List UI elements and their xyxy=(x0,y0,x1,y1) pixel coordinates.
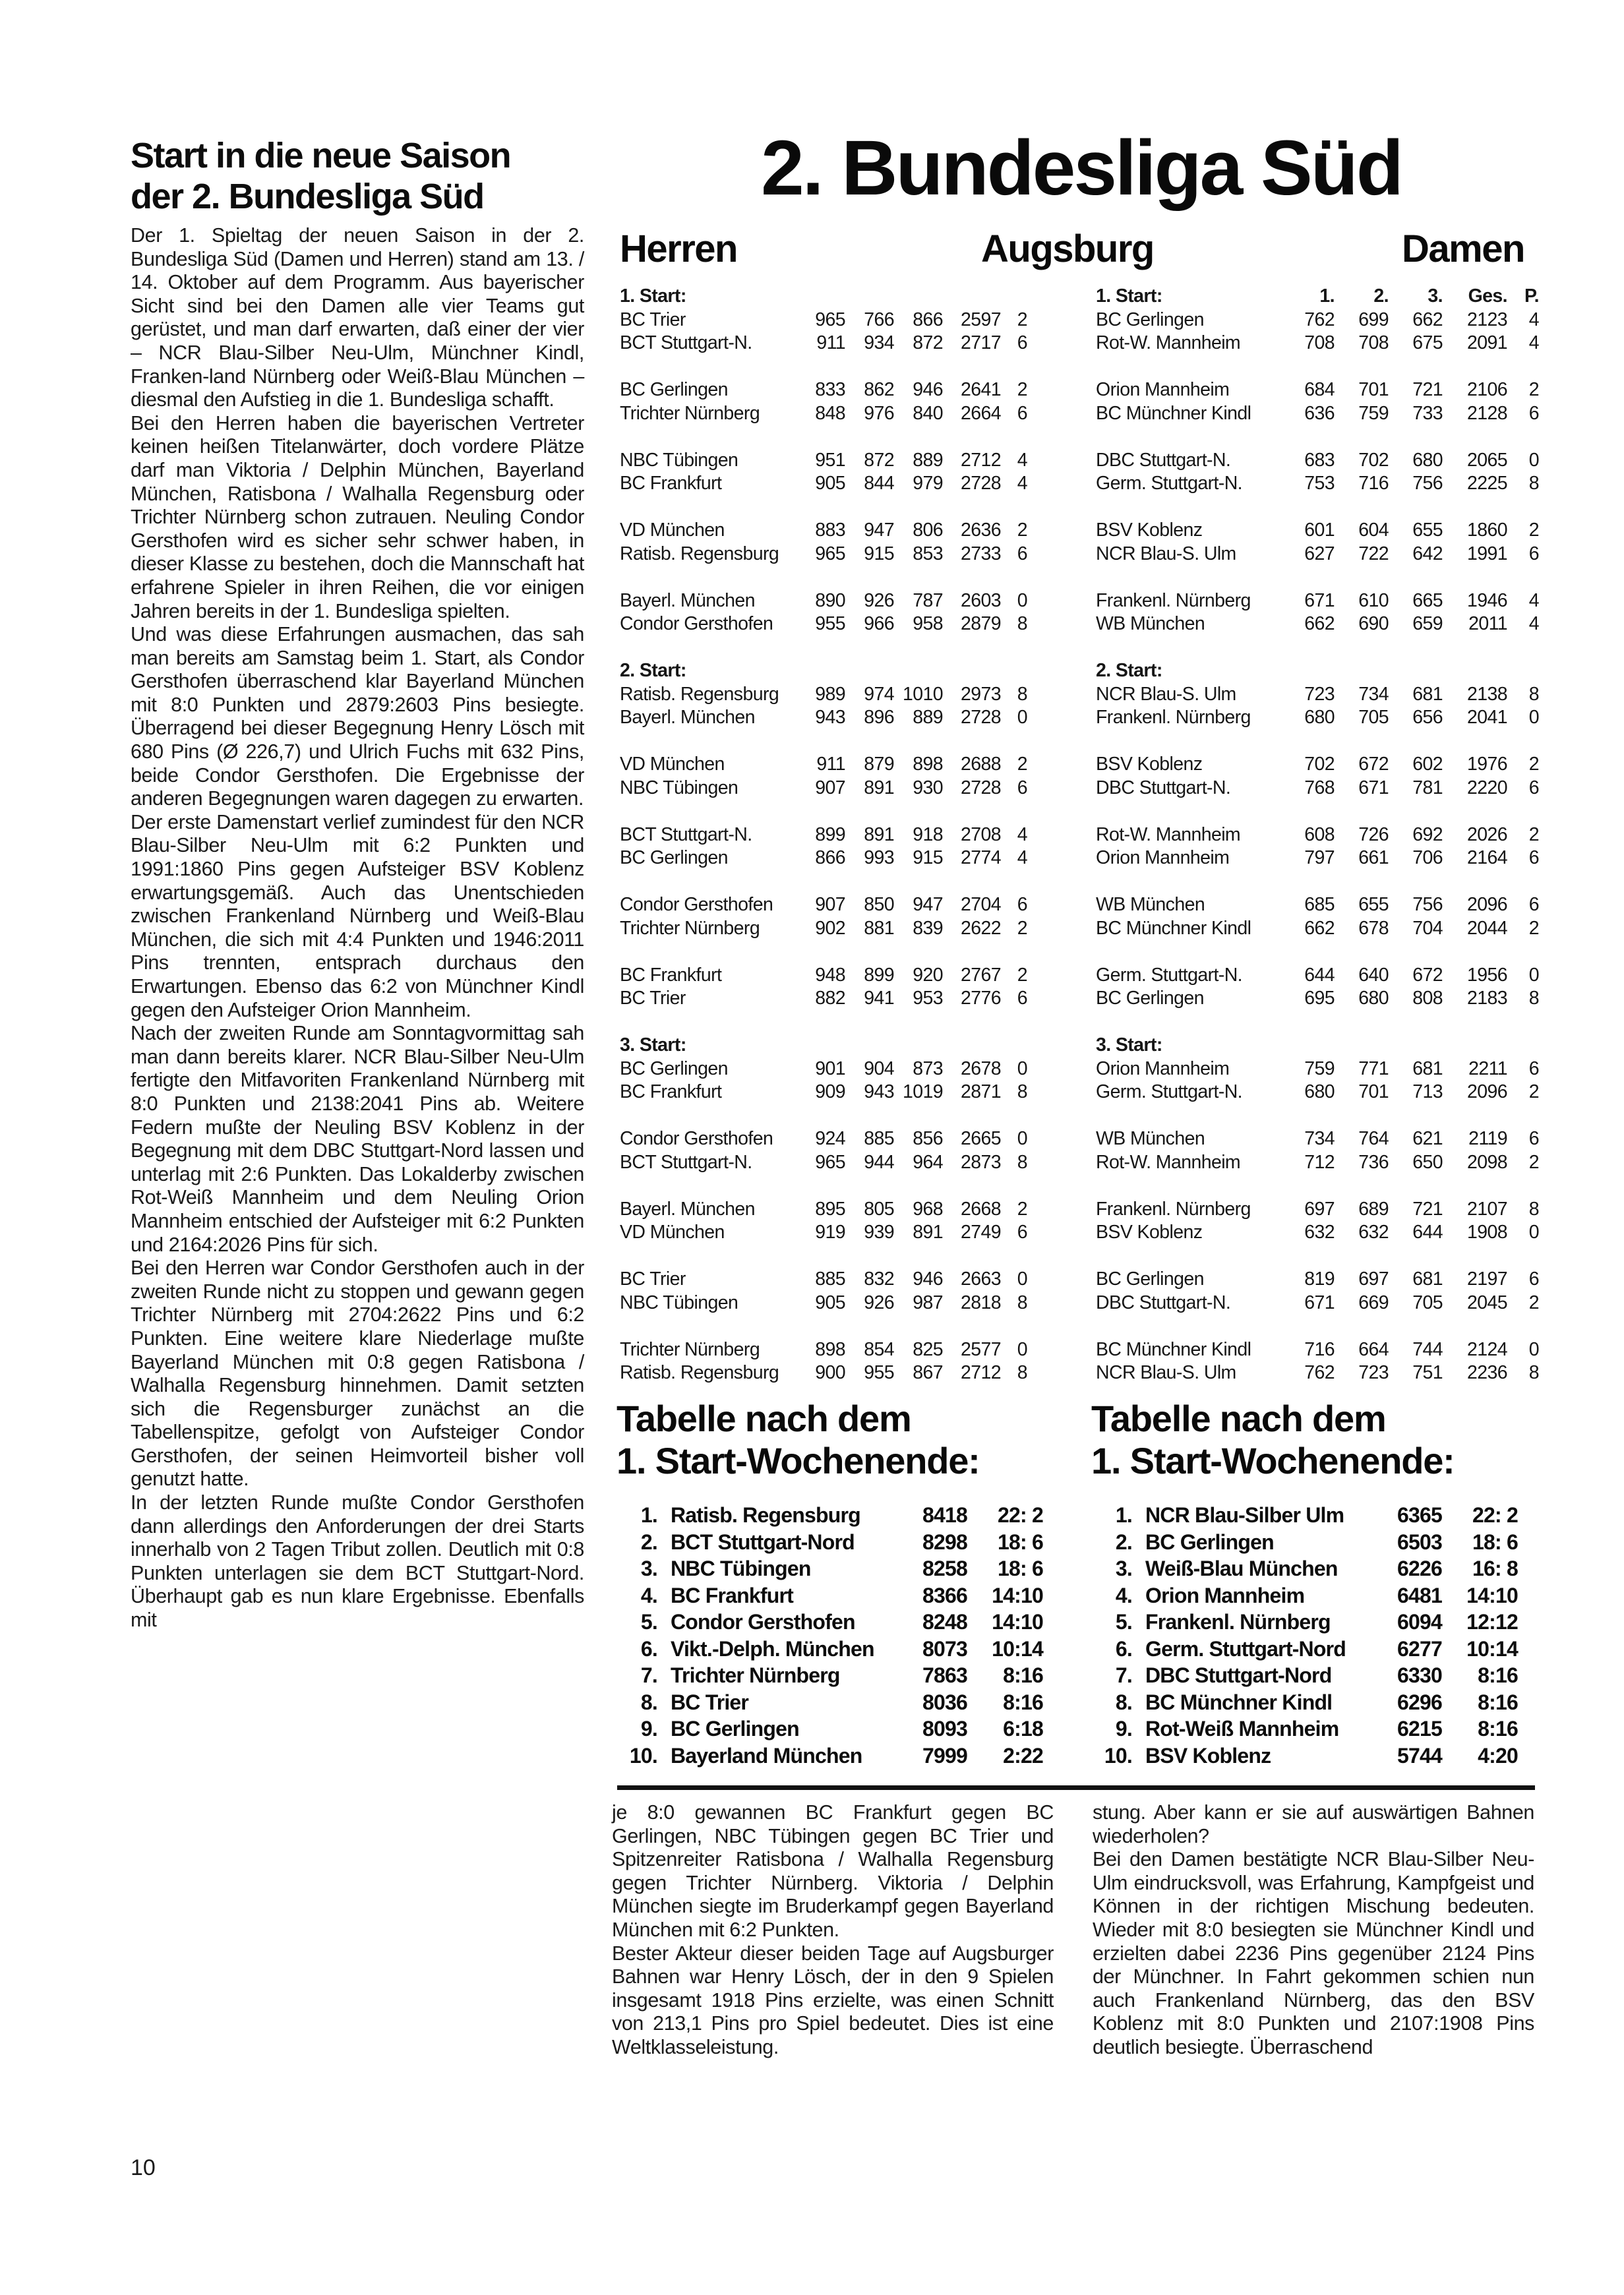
team-name: BC Gerlingen xyxy=(1145,1529,1383,1556)
rank: 1. xyxy=(617,1502,671,1529)
article-paragraph: je 8:0 gewannen BC Frankfurt gegen BC Ge… xyxy=(612,1801,1054,1942)
total-pins: 8036 xyxy=(908,1689,967,1716)
standings-title-line-2: 1. Start-Wochenende: xyxy=(617,1440,1078,1482)
score-cell: 891 xyxy=(894,1221,943,1245)
score-cell: 701 xyxy=(1335,378,1389,402)
rank: 8. xyxy=(617,1689,671,1716)
score-cell: 907 xyxy=(804,777,845,800)
score-cell: 850 xyxy=(845,893,894,917)
team-name: NCR Blau-S. Ulm xyxy=(1096,1361,1294,1385)
score-cell: 1976 xyxy=(1443,753,1507,777)
points: 8:16 xyxy=(967,1689,1043,1716)
score-cell: 946 xyxy=(894,378,943,402)
score-cell: 733 xyxy=(1389,402,1443,426)
result-row: NBC Tübingen90592698728188 xyxy=(620,1292,1029,1315)
score-cell: 705 xyxy=(1389,1292,1443,1315)
score-cell: 756 xyxy=(1389,472,1443,496)
start-header-row: 1. Start:1.2.3.Ges.P. xyxy=(1096,285,1539,309)
score-cell: 895 xyxy=(804,1198,845,1222)
score-cell: 6 xyxy=(1507,777,1539,800)
score-cell: 2 xyxy=(1001,917,1027,941)
team-name: Rot-Weiß Mannheim xyxy=(1145,1715,1383,1743)
score-cell: 934 xyxy=(845,332,894,355)
team-name: BCT Stuttgart-N. xyxy=(620,1151,804,1175)
match-spacer xyxy=(1096,730,1539,754)
score-cell: 909 xyxy=(804,1081,845,1104)
score-cell: 680 xyxy=(1335,987,1389,1011)
score-cell: 2197 xyxy=(1443,1268,1507,1292)
score-cell: 2044 xyxy=(1443,917,1507,941)
start-header-row: 2. Start: xyxy=(1096,659,1539,683)
score-cell: 690 xyxy=(1335,612,1389,636)
score-cell: 4 xyxy=(1507,332,1539,355)
score-cell: 2 xyxy=(1001,519,1027,543)
match-spacer xyxy=(1096,355,1539,379)
result-row: BCT Stuttgart-N.96594496428738 xyxy=(620,1151,1029,1175)
score-cell: 2225 xyxy=(1443,472,1507,496)
score-cell: 699 xyxy=(1335,309,1389,332)
standings-row: 6.Vikt.-Delph. München807310:14 xyxy=(617,1636,1078,1663)
score-cell: 2603 xyxy=(943,589,1001,613)
team-name: BC Frankfurt xyxy=(620,1081,804,1104)
score-cell: 6 xyxy=(1001,402,1027,426)
points: 4:20 xyxy=(1442,1743,1518,1770)
score-cell: 692 xyxy=(1389,823,1443,847)
score-cell: 2728 xyxy=(943,472,1001,496)
team-name: BC Trier xyxy=(620,1268,804,1292)
standings-title-line-2: 1. Start-Wochenende: xyxy=(1091,1440,1553,1482)
score-cell: 2 xyxy=(1507,823,1539,847)
section-location-heading: Augsburg xyxy=(981,227,1154,271)
score-cell: 704 xyxy=(1389,917,1443,941)
score-cell: 621 xyxy=(1389,1127,1443,1151)
score-cell: 926 xyxy=(845,1292,894,1315)
score-cell: 2663 xyxy=(943,1268,1001,1292)
score-cell: 6 xyxy=(1507,893,1539,917)
score-cell: 6 xyxy=(1001,332,1027,355)
column-header: 2. xyxy=(1335,285,1389,309)
score-cell: 632 xyxy=(1294,1221,1335,1245)
total-pins: 8093 xyxy=(908,1715,967,1743)
match-spacer xyxy=(620,800,1029,823)
score-cell: 939 xyxy=(845,1221,894,1245)
rank: 4. xyxy=(617,1582,671,1609)
score-cell: 891 xyxy=(845,777,894,800)
score-cell: 905 xyxy=(804,472,845,496)
score-cell: 734 xyxy=(1294,1127,1335,1151)
score-cell: 721 xyxy=(1389,378,1443,402)
score-cell: 759 xyxy=(1335,402,1389,426)
article-headline: Start in die neue Saison der 2. Bundesli… xyxy=(131,135,586,217)
match-spacer xyxy=(1096,800,1539,823)
score-cell: 697 xyxy=(1335,1268,1389,1292)
team-name: Ratisb. Regensburg xyxy=(620,683,804,707)
score-cell: 2045 xyxy=(1443,1292,1507,1315)
standings-row: 1.Ratisb. Regensburg841822: 2 xyxy=(617,1502,1078,1529)
score-cell: 722 xyxy=(1335,543,1389,566)
score-cell: 2011 xyxy=(1443,612,1507,636)
team-name: NBC Tübingen xyxy=(620,449,804,473)
score-cell: 901 xyxy=(804,1058,845,1081)
total-pins: 8418 xyxy=(908,1502,967,1529)
score-cell: 2236 xyxy=(1443,1361,1507,1385)
score-cell: 756 xyxy=(1389,893,1443,917)
team-name: Rot-W. Mannheim xyxy=(1096,823,1294,847)
team-name: WB München xyxy=(1096,893,1294,917)
team-name: BC Münchner Kindl xyxy=(1096,917,1294,941)
horizontal-divider xyxy=(617,1785,1535,1790)
score-cell: 6 xyxy=(1507,1058,1539,1081)
damen-standings-title: Tabelle nach dem 1. Start-Wochenende: xyxy=(1091,1398,1553,1482)
team-name: Vikt.-Delph. München xyxy=(671,1636,908,1663)
result-row: Orion Mannheim79766170621646 xyxy=(1096,847,1539,870)
score-cell: 662 xyxy=(1389,309,1443,332)
score-cell: 915 xyxy=(894,847,943,870)
score-cell: 702 xyxy=(1294,753,1335,777)
score-cell: 2871 xyxy=(943,1081,1001,1104)
score-cell: 1946 xyxy=(1443,589,1507,613)
start-header-row: 1. Start: xyxy=(620,285,1029,309)
result-row: BC Frankfurt90584497927284 xyxy=(620,472,1029,496)
score-cell: 987 xyxy=(894,1292,943,1315)
standings-row: 7.Trichter Nürnberg78638:16 xyxy=(617,1662,1078,1689)
score-cell: 953 xyxy=(894,987,943,1011)
result-row: WB München68565575620966 xyxy=(1096,893,1539,917)
article-paragraph: Bei den Herren haben die bayerischen Ver… xyxy=(131,412,584,623)
score-cell: 2183 xyxy=(1443,987,1507,1011)
score-cell: 0 xyxy=(1001,1268,1027,1292)
score-cell: 955 xyxy=(845,1361,894,1385)
score-cell: 2107 xyxy=(1443,1198,1507,1222)
score-cell: 854 xyxy=(845,1338,894,1362)
team-name: Trichter Nürnberg xyxy=(620,917,804,941)
result-row: Rot-W. Mannheim60872669220262 xyxy=(1096,823,1539,847)
score-cell: 8 xyxy=(1001,1151,1027,1175)
score-cell: 8 xyxy=(1001,1292,1027,1315)
score-cell: 2879 xyxy=(943,612,1001,636)
score-cell: 656 xyxy=(1389,706,1443,730)
score-cell: 787 xyxy=(894,589,943,613)
points: 8:16 xyxy=(1442,1662,1518,1689)
score-cell: 655 xyxy=(1335,893,1389,917)
team-name: Ratisb. Regensburg xyxy=(620,1361,804,1385)
score-cell: 4 xyxy=(1001,823,1027,847)
score-cell: 2678 xyxy=(943,1058,1001,1081)
score-cell: 911 xyxy=(804,332,845,355)
score-cell: 924 xyxy=(804,1127,845,1151)
article-paragraph: Bei den Damen bestätigte NCR Blau-Silber… xyxy=(1093,1848,1534,2059)
result-row: Trichter Nürnberg90288183926222 xyxy=(620,917,1029,941)
score-cell: 2774 xyxy=(943,847,1001,870)
score-cell: 862 xyxy=(845,378,894,402)
team-name: BC Trier xyxy=(620,987,804,1011)
result-row: Germ. Stuttgart-N.75371675622258 xyxy=(1096,472,1539,496)
score-cell: 866 xyxy=(804,847,845,870)
standings-row: 9.BC Gerlingen80936:18 xyxy=(617,1715,1078,1743)
score-cell: 965 xyxy=(804,1151,845,1175)
score-cell: 683 xyxy=(1294,449,1335,473)
standings-row: 3.NBC Tübingen825818: 6 xyxy=(617,1555,1078,1582)
total-pins: 8248 xyxy=(908,1609,967,1636)
total-pins: 8298 xyxy=(908,1529,967,1556)
score-cell: 2622 xyxy=(943,917,1001,941)
score-cell: 705 xyxy=(1335,706,1389,730)
column-header: 1. xyxy=(1294,285,1335,309)
score-cell: 713 xyxy=(1389,1081,1443,1104)
score-cell: 943 xyxy=(804,706,845,730)
points: 14:10 xyxy=(967,1609,1043,1636)
result-row: Bayerl. München89092678726030 xyxy=(620,589,1029,613)
score-cell: 671 xyxy=(1294,1292,1335,1315)
team-name: BCT Stuttgart-Nord xyxy=(671,1529,908,1556)
score-cell: 712 xyxy=(1294,1151,1335,1175)
score-cell: 966 xyxy=(845,612,894,636)
score-cell: 2 xyxy=(1507,753,1539,777)
article-paragraph: stung. Aber kann er sie auf auswärtigen … xyxy=(1093,1801,1534,1848)
score-cell: 678 xyxy=(1335,917,1389,941)
team-name: Orion Mannheim xyxy=(1096,847,1294,870)
score-cell: 2096 xyxy=(1443,1081,1507,1104)
score-cell: 4 xyxy=(1507,612,1539,636)
damen-standings: Tabelle nach dem 1. Start-Wochenende: 1.… xyxy=(1091,1398,1553,1769)
points: 8:16 xyxy=(1442,1689,1518,1716)
score-cell: 701 xyxy=(1335,1081,1389,1104)
match-spacer xyxy=(1096,940,1539,964)
score-cell: 979 xyxy=(894,472,943,496)
score-cell: 879 xyxy=(845,753,894,777)
section-herren-heading: Herren xyxy=(620,227,737,271)
points: 16: 8 xyxy=(1442,1555,1518,1582)
match-spacer xyxy=(620,870,1029,894)
score-cell: 832 xyxy=(845,1268,894,1292)
points: 18: 6 xyxy=(967,1555,1043,1582)
team-name: Frankenl. Nürnberg xyxy=(1096,1198,1294,1222)
score-cell: 2728 xyxy=(943,706,1001,730)
team-name: Frankenl. Nürnberg xyxy=(1096,706,1294,730)
score-cell: 662 xyxy=(1294,917,1335,941)
result-row: BCT Stuttgart-N.91193487227176 xyxy=(620,332,1029,355)
points: 6:18 xyxy=(967,1715,1043,1743)
score-cell: 0 xyxy=(1507,706,1539,730)
column-header: P. xyxy=(1507,285,1539,309)
score-cell: 6 xyxy=(1507,1268,1539,1292)
score-cell: 627 xyxy=(1294,543,1335,566)
score-cell: 642 xyxy=(1389,543,1443,566)
total-pins: 7999 xyxy=(908,1743,967,1770)
score-cell: 797 xyxy=(1294,847,1335,870)
score-cell: 974 xyxy=(845,683,894,707)
result-row: VD München88394780626362 xyxy=(620,519,1029,543)
result-row: BC Gerlingen86699391527744 xyxy=(620,847,1029,870)
score-cell: 6 xyxy=(1001,543,1027,566)
result-row: NCR Blau-S. Ulm62772264219916 xyxy=(1096,543,1539,566)
score-cell: 659 xyxy=(1389,612,1443,636)
match-spacer xyxy=(1096,1174,1539,1198)
score-cell: 689 xyxy=(1335,1198,1389,1222)
start-label: 2. Start: xyxy=(1096,659,1294,683)
score-cell: 2128 xyxy=(1443,402,1507,426)
score-cell: 672 xyxy=(1335,753,1389,777)
points: 2:22 xyxy=(967,1743,1043,1770)
score-cell: 993 xyxy=(845,847,894,870)
result-row: Bayerl. München89580596826682 xyxy=(620,1198,1029,1222)
team-name: DBC Stuttgart-N. xyxy=(1096,1292,1294,1315)
standings-row: 7.DBC Stuttgart-Nord63308:16 xyxy=(1091,1662,1553,1689)
score-cell: 723 xyxy=(1294,683,1335,707)
points: 14:10 xyxy=(967,1582,1043,1609)
points: 10:14 xyxy=(1442,1636,1518,1663)
score-cell: 6 xyxy=(1001,987,1027,1011)
result-row: NBC Tübingen90789193027286 xyxy=(620,777,1029,800)
article-paragraph: In der letzten Runde mußte Condor Gersth… xyxy=(131,1491,584,1632)
score-cell: 6 xyxy=(1001,893,1027,917)
score-cell: 721 xyxy=(1389,1198,1443,1222)
result-row: Trichter Nürnberg89885482525770 xyxy=(620,1338,1029,1362)
team-name: BSV Koblenz xyxy=(1145,1743,1383,1770)
result-row: WB München73476462121196 xyxy=(1096,1127,1539,1151)
score-cell: 2712 xyxy=(943,1361,1001,1385)
score-cell: 899 xyxy=(804,823,845,847)
start-spacer xyxy=(1096,636,1539,660)
score-cell: 2 xyxy=(1001,964,1027,988)
start-header-row: 3. Start: xyxy=(620,1034,1029,1058)
score-cell: 661 xyxy=(1335,847,1389,870)
result-row: BC Gerlingen69568080821838 xyxy=(1096,987,1539,1011)
result-row: Ratisb. Regensburg90095586727128 xyxy=(620,1361,1029,1385)
total-pins: 6277 xyxy=(1383,1636,1442,1663)
score-cell: 708 xyxy=(1335,332,1389,355)
result-row: BCT Stuttgart-N.89989191827084 xyxy=(620,823,1029,847)
match-spacer xyxy=(1096,425,1539,449)
match-spacer xyxy=(620,730,1029,754)
score-cell: 2098 xyxy=(1443,1151,1507,1175)
total-pins: 6503 xyxy=(1383,1529,1442,1556)
result-row: BC Trier88583294626630 xyxy=(620,1268,1029,1292)
team-name: NCR Blau-S. Ulm xyxy=(1096,683,1294,707)
score-cell: 8 xyxy=(1507,1198,1539,1222)
score-cell: 604 xyxy=(1335,519,1389,543)
total-pins: 6296 xyxy=(1383,1689,1442,1716)
score-cell: 680 xyxy=(1294,1081,1335,1104)
article-right-column: stung. Aber kann er sie auf auswärtigen … xyxy=(1093,1801,1534,2060)
article-paragraph: Und was diese Erfahrungen ausmachen, das… xyxy=(131,623,584,811)
score-cell: 736 xyxy=(1335,1151,1389,1175)
score-cell: 2106 xyxy=(1443,378,1507,402)
result-row: Condor Gersthofen95596695828798 xyxy=(620,612,1029,636)
team-name: BCT Stuttgart-N. xyxy=(620,823,804,847)
score-cell: 2 xyxy=(1001,753,1027,777)
result-row: BC Frankfurt94889992027672 xyxy=(620,964,1029,988)
rank: 6. xyxy=(1091,1636,1145,1663)
team-name: NBC Tübingen xyxy=(620,1292,804,1315)
team-name: BC Frankfurt xyxy=(671,1582,908,1609)
standings-row: 1.NCR Blau-Silber Ulm636522: 2 xyxy=(1091,1502,1553,1529)
score-cell: 902 xyxy=(804,917,845,941)
team-name: NBC Tübingen xyxy=(620,777,804,800)
start-spacer xyxy=(620,636,1029,660)
score-cell: 2664 xyxy=(943,402,1001,426)
score-cell: 881 xyxy=(845,917,894,941)
rank: 8. xyxy=(1091,1689,1145,1716)
score-cell: 1019 xyxy=(894,1081,943,1104)
total-pins: 7863 xyxy=(908,1662,967,1689)
score-cell: 919 xyxy=(804,1221,845,1245)
result-row: WB München66269065920114 xyxy=(1096,612,1539,636)
score-cell: 890 xyxy=(804,589,845,613)
damen-results-table: 1. Start:1.2.3.Ges.P.BC Gerlingen7626996… xyxy=(1096,285,1539,1408)
team-name: VD München xyxy=(620,1221,804,1245)
score-cell: 833 xyxy=(804,378,845,402)
score-cell: 644 xyxy=(1294,964,1335,988)
team-name: BC Frankfurt xyxy=(620,964,804,988)
match-spacer xyxy=(620,1104,1029,1128)
score-cell: 2733 xyxy=(943,543,1001,566)
result-row: BC Trier96576686625972 xyxy=(620,309,1029,332)
score-cell: 958 xyxy=(894,612,943,636)
score-cell: 669 xyxy=(1335,1292,1389,1315)
match-spacer xyxy=(1096,496,1539,520)
rank: 7. xyxy=(617,1662,671,1689)
herren-standings-title: Tabelle nach dem 1. Start-Wochenende: xyxy=(617,1398,1078,1482)
standings-row: 8.BC Münchner Kindl62968:16 xyxy=(1091,1689,1553,1716)
page-number: 10 xyxy=(131,2155,156,2181)
team-name: BSV Koblenz xyxy=(1096,519,1294,543)
team-name: BC Gerlingen xyxy=(620,847,804,870)
team-name: NCR Blau-S. Ulm xyxy=(1096,543,1294,566)
score-cell: 681 xyxy=(1389,1268,1443,1292)
match-spacer xyxy=(620,496,1029,520)
score-cell: 8 xyxy=(1001,683,1027,707)
team-name: WB München xyxy=(1096,1127,1294,1151)
match-spacer xyxy=(620,425,1029,449)
result-row: BC Münchner Kindl66267870420442 xyxy=(1096,917,1539,941)
result-row: Bayerl. München94389688927280 xyxy=(620,706,1029,730)
team-name: BC Münchner Kindl xyxy=(1096,402,1294,426)
score-cell: 716 xyxy=(1335,472,1389,496)
article-paragraph: Nach der zweiten Runde am Sonntagvormitt… xyxy=(131,1022,584,1257)
page-title: 2. Bundesliga Süd xyxy=(607,125,1556,211)
match-spacer xyxy=(1096,1104,1539,1128)
standings-row: 2.BC Gerlingen650318: 6 xyxy=(1091,1529,1553,1556)
score-cell: 808 xyxy=(1389,987,1443,1011)
score-cell: 805 xyxy=(845,1198,894,1222)
score-cell: 4 xyxy=(1001,449,1027,473)
score-cell: 2973 xyxy=(943,683,1001,707)
match-spacer xyxy=(620,566,1029,589)
points: 10:14 xyxy=(967,1636,1043,1663)
score-cell: 968 xyxy=(894,1198,943,1222)
result-row: Orion Mannheim68470172121062 xyxy=(1096,378,1539,402)
rank: 3. xyxy=(1091,1555,1145,1582)
result-row: BC Gerlingen76269966221234 xyxy=(1096,309,1539,332)
standings-title-line-1: Tabelle nach dem xyxy=(617,1398,1078,1440)
team-name: DBC Stuttgart-N. xyxy=(1096,449,1294,473)
score-cell: 2065 xyxy=(1443,449,1507,473)
section-damen-heading: Damen xyxy=(1402,227,1524,271)
article-paragraph: Bester Akteur dieser beiden Tage auf Aug… xyxy=(612,1942,1054,2060)
team-name: BC Gerlingen xyxy=(620,378,804,402)
score-cell: 911 xyxy=(804,753,845,777)
team-name: Trichter Nürnberg xyxy=(671,1662,908,1689)
team-name: Frankenl. Nürnberg xyxy=(1145,1609,1383,1636)
start-header-row: 2. Start: xyxy=(620,659,1029,683)
result-row: VD München91993989127496 xyxy=(620,1221,1029,1245)
standings-row: 5.Frankenl. Nürnberg609412:12 xyxy=(1091,1609,1553,1636)
score-cell: 708 xyxy=(1294,332,1335,355)
rank: 3. xyxy=(617,1555,671,1582)
team-name: DBC Stuttgart-Nord xyxy=(1145,1662,1383,1689)
team-name: Orion Mannheim xyxy=(1096,1058,1294,1081)
